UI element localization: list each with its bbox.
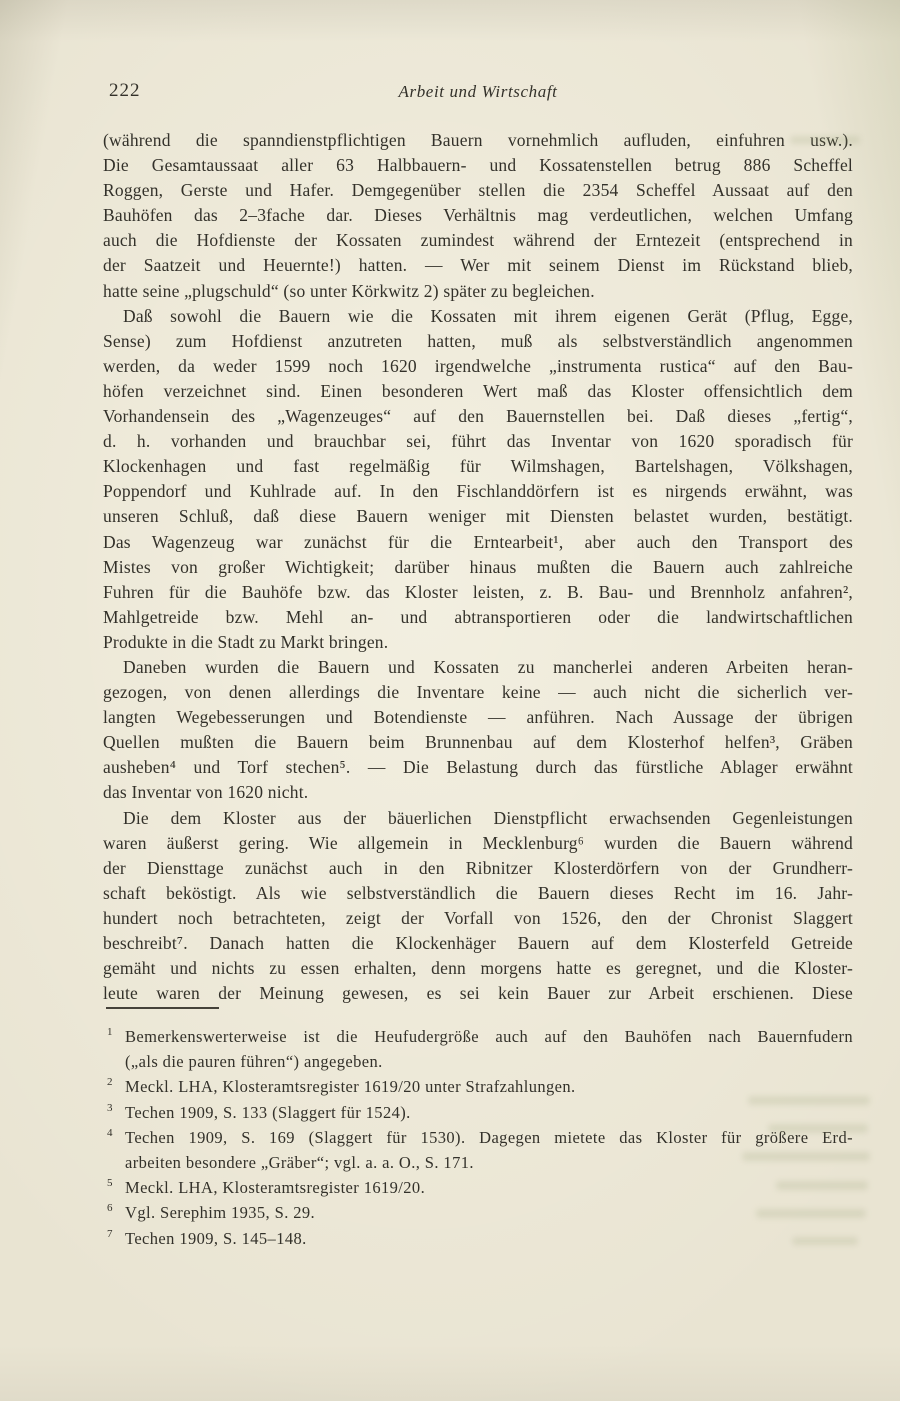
text-line: Vorhandensein des „Wagenzeuges“ auf den …: [103, 404, 853, 429]
footnote-line: Meckl. LHA, Klosteramtsregister 1619/20 …: [125, 1074, 853, 1099]
footnote-line: Techen 1909, S. 169 (Slaggert für 1530).…: [125, 1125, 853, 1150]
footnote-marker: 2: [107, 1076, 113, 1088]
text-line: gezogen, von denen allerdings die Invent…: [103, 680, 853, 705]
text-line: langten Wegebesserungen und Botendienste…: [103, 705, 853, 730]
text-line: d. h. vorhanden und brauchbar sei, führt…: [103, 429, 853, 454]
text-line: gemäht und nichts zu essen erhalten, den…: [103, 956, 853, 981]
footnote-line: („als die pauren führen“) angegeben.: [125, 1049, 853, 1074]
paragraph: (während die spanndienstpflichtigen Baue…: [103, 128, 853, 304]
footnote-separator: [106, 1007, 219, 1009]
text-line: Sense) zum Hofdienst anzutreten hatten, …: [103, 329, 853, 354]
paragraph: Daß sowohl die Bauern wie die Kossaten m…: [103, 304, 853, 655]
text-line: Die dem Kloster aus der bäuerlichen Dien…: [103, 806, 853, 831]
text-line: Das Wagenzeug war zunächst für die Ernte…: [103, 530, 853, 555]
text-line: Produkte in die Stadt zu Markt bringen.: [103, 630, 853, 655]
text-line: leute waren der Meinung gewesen, es sei …: [103, 981, 853, 1006]
page-header: 222 Arbeit und Wirtschaft: [103, 80, 853, 104]
footnote-marker: 5: [107, 1177, 113, 1189]
footnote-line: Techen 1909, S. 145–148.: [125, 1226, 853, 1251]
footnote: 4Techen 1909, S. 169 (Slaggert für 1530)…: [103, 1125, 853, 1175]
text-line: werden, da weder 1599 noch 1620 irgendwe…: [103, 354, 853, 379]
footnote-line: Bemerkenswerterweise ist die Heufudergrö…: [125, 1024, 853, 1049]
text-line: schaft beköstigt. Als wie selbstverständ…: [103, 881, 853, 906]
text-line: Mistes von großer Wichtigkeit; darüber h…: [103, 555, 853, 580]
text-line: das Inventar von 1620 nicht.: [103, 780, 853, 805]
text-line: Daneben wurden die Bauern und Kossaten z…: [103, 655, 853, 680]
text-line: Quellen mußten die Bauern beim Brunnenba…: [103, 730, 853, 755]
text-line: Klockenhagen und fast regelmäßig für Wil…: [103, 454, 853, 479]
footnote-line: Techen 1909, S. 133 (Slaggert für 1524).: [125, 1100, 853, 1125]
paragraph: Die dem Kloster aus der bäuerlichen Dien…: [103, 806, 853, 1007]
text-line: beschreibt⁷. Danach hatten die Klockenhä…: [103, 931, 853, 956]
page-number: 222: [109, 80, 141, 102]
paragraph: Daneben wurden die Bauern und Kossaten z…: [103, 655, 853, 806]
body-text: (während die spanndienstpflichtigen Baue…: [103, 128, 853, 1006]
text-line: auch die Hofdienste der Kossaten zuminde…: [103, 228, 853, 253]
text-line: ausheben⁴ und Torf stechen⁵. — Die Belas…: [103, 755, 853, 780]
text-line: waren äußerst gering. Wie allgemein in M…: [103, 831, 853, 856]
footnote-line: Meckl. LHA, Klosteramtsregister 1619/20.: [125, 1175, 853, 1200]
text-line: hatte seine „plugschuld“ (so unter Körkw…: [103, 279, 853, 304]
text-line: Fuhren für die Bauhöfe bzw. das Kloster …: [103, 580, 853, 605]
footnote: 3Techen 1909, S. 133 (Slaggert für 1524)…: [103, 1100, 853, 1125]
footnote-line: Vgl. Serephim 1935, S. 29.: [125, 1200, 853, 1225]
text-line: Mahlgetreide bzw. Mehl an- und abtranspo…: [103, 605, 853, 630]
text-line: (während die spanndienstpflichtigen Baue…: [103, 128, 853, 153]
footnote-marker: 6: [107, 1202, 113, 1214]
footnote-marker: 7: [107, 1228, 113, 1240]
footnote: 2Meckl. LHA, Klosteramtsregister 1619/20…: [103, 1074, 853, 1099]
footnote: 1Bemerkenswerterweise ist die Heufudergr…: [103, 1024, 853, 1074]
footnote-marker: 3: [107, 1102, 113, 1114]
running-header: Arbeit und Wirtschaft: [103, 80, 853, 102]
text-line: Daß sowohl die Bauern wie die Kossaten m…: [103, 304, 853, 329]
footnote-line: arbeiten besondere „Gräber“; vgl. a. a. …: [125, 1150, 853, 1175]
footnote-marker: 1: [107, 1026, 113, 1038]
text-line: Poppendorf und Kuhlrade auf. In den Fisc…: [103, 479, 853, 504]
text-line: Bauhöfen das 2–3fache dar. Dieses Verhäl…: [103, 203, 853, 228]
text-line: der Diensttage zunächst auch in den Ribn…: [103, 856, 853, 881]
text-line: der Saatzeit und Heuernte!) hatten. — We…: [103, 253, 853, 278]
book-page: 222 Arbeit und Wirtschaft (während die s…: [0, 0, 900, 1401]
footnote-marker: 4: [107, 1127, 113, 1139]
text-line: Roggen, Gerste und Hafer. Demgegenüber s…: [103, 178, 853, 203]
footnotes: 1Bemerkenswerterweise ist die Heufudergr…: [103, 1024, 853, 1251]
text-line: hundert noch betrachteten, zeigt der Vor…: [103, 906, 853, 931]
footnote: 5Meckl. LHA, Klosteramtsregister 1619/20…: [103, 1175, 853, 1200]
text-line: Die Gesamtaussaat aller 63 Halbbauern- u…: [103, 153, 853, 178]
text-line: höfen verzeichnet sind. Einen besonderen…: [103, 379, 853, 404]
footnote: 6Vgl. Serephim 1935, S. 29.: [103, 1200, 853, 1225]
text-line: unseren Schluß, daß diese Bauern weniger…: [103, 504, 853, 529]
footnote: 7Techen 1909, S. 145–148.: [103, 1226, 853, 1251]
